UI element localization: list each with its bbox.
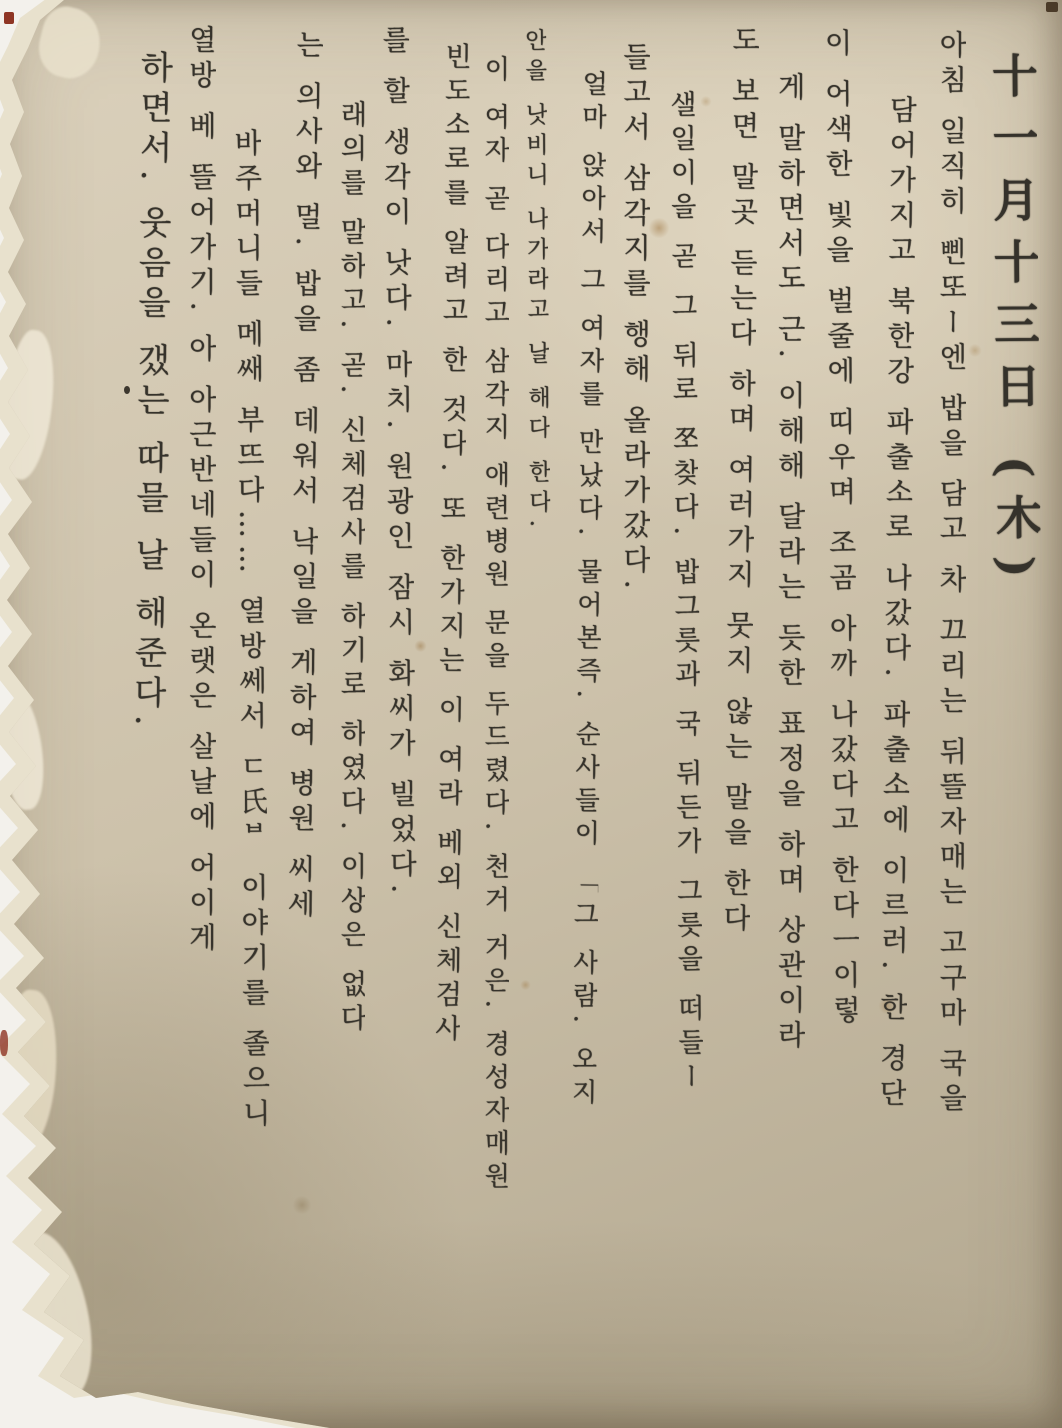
text-column-11: 빈도소로를 알려고 한 것다. 또 한가지는 이 여라 베외 신체검사 [426,0,470,1428]
red-ink-speck [4,12,14,24]
text-column-3: 이 어색한 빛을 벌줄에 띠우며 조곰 아까 나갔다고 한다ㅡ이렇 [820,0,863,1428]
text-column-4: 게 말하면서도 근. 이해해 달라는 듯한 표정을 하며 상관이라 [774,0,804,1428]
text-column-12: 를 할 생각이 낫다. 마치. 원광인 잠시 화씨가 빌었다. [379,0,422,1428]
dark-speck [124,386,130,394]
text-column-16: 열방 베 뜰어가기. 아 아근반네들이 온랫은 살날에 어이게 [186,0,216,1428]
text-column-17: 하면서. 웃음을 갰는 따믈 날 해준다. [122,0,173,1428]
photo-background: 十一月十三日 (木) 아침 일직히 삔또ー엔 밥을 담고 차 끄리는 뒤뜰자매는… [0,0,1062,1428]
red-ink-speck [0,1030,8,1056]
dark-speck [1046,2,1058,12]
text-column-7: 들고서 삼각지를 행해 올라가갔다. [620,0,650,1428]
text-column-14: 는 의사와 멀. 밥을 좀 데워서 낙일을 게하여 병원 씨세 [279,0,324,1428]
text-column-1: 아침 일직히 삔또ー엔 밥을 담고 차 끄리는 뒤뜰자매는 고구마 국을 [936,0,966,1428]
text-column-15: 바주머니들 메쌔 부뜨다…… 열방쎄서 ㄷ氏ᄇ 이야기를 졸으니 [230,0,273,1428]
text-column-10: 이 여자 곧 다리고 삼각지 애련병원 문을 두드렸다. 천거 거은. 경성자매… [481,0,509,1428]
text-column-5: 도 보면 말곳 듣는다 하며 여러가지 뭇지 않는 말을 한다 [715,0,760,1428]
diary-page-paper: 十一月十三日 (木) 아침 일직히 삔또ー엔 밥을 담고 차 끄리는 뒤뜰자매는… [0,0,1062,1428]
text-column-2: 담어가지고 북한강 파출소로 나갔다. 파출소에 이르러. 한 경단 [872,0,917,1428]
text-column-9: 안을 낫비니 나가라고 날 해다 한다. [521,0,558,1428]
text-column-6: 샐일이을 곧 그 뒤로 쪼찾다. 밥그릇과 국 뒤든가 그릇을 떠들ー [665,0,707,1428]
text-column-8: 얼마 앉아서 그 여자를 만났다. 물어본즉. 순사들이 「그 사람. 오지 [564,0,607,1428]
text-column-13: 래의를 말하고. 곧. 신체검사를 하기로 하였다. 이상은 없다 [336,0,365,1428]
date-heading: 十一月十三日 (木) [986,0,1048,1428]
handwriting-text-area: 十一月十三日 (木) 아침 일직히 삔또ー엔 밥을 담고 차 끄리는 뒤뜰자매는… [58,0,1050,1428]
